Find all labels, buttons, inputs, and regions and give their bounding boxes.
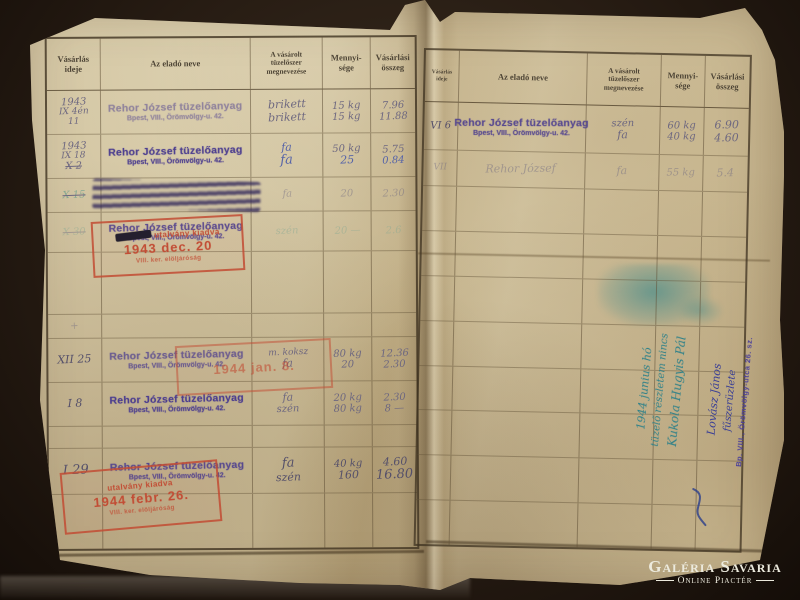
handwriting: VI 6 xyxy=(430,120,451,131)
handwriting: fa xyxy=(282,391,293,404)
handwriting: 55 kg xyxy=(667,167,696,178)
cell-fuel xyxy=(583,234,658,279)
handwriting: 15 kg xyxy=(332,110,361,122)
cell-amount: 6.90 4.60 xyxy=(704,108,749,156)
handwriting: I 8 xyxy=(67,398,82,411)
cell-amount xyxy=(372,313,416,336)
header-date: Vásárlás ideje xyxy=(425,50,460,102)
ledger-row xyxy=(421,231,746,283)
cell-date: 1943 IX 4én 11 xyxy=(47,91,101,134)
cell-quantity: 20 xyxy=(323,177,371,210)
handwriting: szén xyxy=(276,225,299,237)
cell-fuel: fa fa xyxy=(251,134,323,177)
handwriting: fa xyxy=(282,457,295,472)
watermark-dash xyxy=(656,580,674,581)
cell-date xyxy=(422,186,457,231)
cell-date: + xyxy=(48,315,102,338)
ledger-row: VI 6 Rehor József tüzelőanyag Bpest, VII… xyxy=(424,102,749,157)
handwriting: 8 — xyxy=(385,402,405,414)
cell-fuel: fa szén xyxy=(253,448,325,493)
handwriting: Rehor József xyxy=(486,163,556,176)
ledger-row xyxy=(422,186,747,238)
header-amount: Vásárlási összeg xyxy=(705,56,750,108)
cell-quantity: 50 kg 25 xyxy=(323,133,371,176)
handwriting: 16.80 xyxy=(376,468,414,484)
header-seller: Az eladó neve xyxy=(459,51,588,105)
seller-stamp: Rehor József tüzelőanyag Bpest, VIII., Ö… xyxy=(455,118,589,138)
handwriting: fa xyxy=(282,189,292,200)
handwriting: 2.30 xyxy=(383,358,406,370)
cell-amount: 5.75 0.84 xyxy=(371,133,415,176)
cell-amount xyxy=(373,425,417,446)
seller-stamp: Rehor József tüzelőanyag Bpest, VIII., Ö… xyxy=(108,101,243,123)
cell-amount: 12.36 2.30 xyxy=(372,337,416,380)
cell-quantity: 55 kg xyxy=(659,155,704,191)
handwriting: fa xyxy=(280,154,293,169)
cell-seller: Rehor József tüzelőanyag Bpest, VIII., Ö… xyxy=(101,90,251,134)
handwriting: 20 — xyxy=(334,225,360,237)
header-date: Vásárlás ideje xyxy=(47,39,101,90)
cell-seller xyxy=(103,426,253,448)
cell-amount: 2.30 xyxy=(371,177,415,210)
header-row: Vásárlás ideje Az eladó neve A vásárolt … xyxy=(425,50,750,109)
cell-quantity xyxy=(325,425,373,446)
cell-amount: 4.60 16.80 xyxy=(373,447,417,492)
handwriting: XII 25 xyxy=(58,354,92,367)
photo-scene: Vásárlás ideje Az eladó neve A vásárolt … xyxy=(0,0,800,600)
handwriting: 6.90 xyxy=(714,120,739,132)
header-fuel: A vásárolt tüzelőszer megnevezése xyxy=(251,38,323,89)
cell-quantity xyxy=(325,493,373,547)
cell-date: 1943 IX 18 X 2 xyxy=(47,135,101,178)
cell-fuel xyxy=(578,503,653,548)
cell-seller xyxy=(452,366,581,413)
header-amount: Vásárlási összeg xyxy=(371,37,415,88)
handwriting: 5.75 xyxy=(382,143,405,155)
document-paper: Vásárlás ideje Az eladó neve A vásárolt … xyxy=(18,0,784,598)
ledger-row: X 15 fa 20 2.30 xyxy=(47,177,415,213)
cell-fuel: brikett brikett xyxy=(251,90,323,133)
cell-quantity xyxy=(658,191,703,236)
header-quantity: Mennyi- sége xyxy=(661,55,706,107)
cell-amount: 5.4 xyxy=(703,156,748,192)
handwriting: X 15 xyxy=(62,189,85,201)
handwriting: szén xyxy=(277,403,300,415)
handwriting: fa xyxy=(617,129,628,141)
ledger-row: 1943 IX 18 X 2 Rehor József tüzelőanyag … xyxy=(47,133,415,179)
ledger-row: + xyxy=(48,313,416,339)
cell-quantity: 40 kg 160 xyxy=(325,447,373,492)
handwriting: 60 kg xyxy=(668,120,697,131)
handwriting: 40 kg xyxy=(667,131,696,142)
cell-seller xyxy=(450,501,579,548)
handwriting: X 2 xyxy=(65,161,82,173)
cell-seller: Rehor József tüzelőanyag Bpest, VIII., Ö… xyxy=(101,134,251,178)
seller-stamp: Rehor József tüzelőanyag Bpest, VIII., Ö… xyxy=(108,145,243,167)
handwriting: 80 kg xyxy=(333,347,362,359)
cell-quantity xyxy=(657,236,702,281)
cell-amount xyxy=(373,493,417,547)
handwriting: 12.36 xyxy=(380,347,409,359)
cell-quantity xyxy=(324,251,372,312)
cell-fuel xyxy=(252,314,324,337)
cell-seller xyxy=(102,314,252,338)
handwriting: 11.88 xyxy=(379,110,408,122)
smudged-stamp xyxy=(92,178,261,212)
handwriting: fa xyxy=(617,166,628,178)
watermark-subtitle: Online Piactér xyxy=(678,576,753,586)
handwriting: 25 xyxy=(340,154,354,167)
cell-fuel xyxy=(253,494,325,548)
cell-seller xyxy=(451,456,580,503)
handwriting: 2.30 xyxy=(382,188,405,200)
red-date-stamp-1944-jan: 1944 jan. 8. xyxy=(175,338,333,396)
cell-date xyxy=(421,231,456,276)
handwriting: 2.30 xyxy=(383,391,406,403)
cell-quantity: 15 kg 15 kg xyxy=(323,89,371,132)
cell-seller xyxy=(456,187,585,234)
cell-fuel xyxy=(584,189,659,234)
cell-date xyxy=(419,321,454,366)
cell-amount: 2.30 8 — xyxy=(372,381,416,424)
handwriting: brikett xyxy=(267,110,305,124)
header-seller: Az eladó neve xyxy=(101,38,251,90)
cell-quantity: 20 — xyxy=(324,211,372,250)
cell-fuel: fa xyxy=(251,178,323,211)
cell-date xyxy=(49,427,103,448)
header-fuel: A vásárolt tüzelőszer megnevezése xyxy=(587,53,662,106)
handwriting: 0.84 xyxy=(382,154,405,166)
handwriting: + xyxy=(70,321,79,332)
handwriting: 20 xyxy=(340,188,353,200)
header-row: Vásárlás ideje Az eladó neve A vásárolt … xyxy=(47,37,415,91)
handwriting: 20 xyxy=(341,359,354,371)
cell-date xyxy=(420,276,455,321)
cell-amount xyxy=(702,192,747,237)
handwriting: 20 kg xyxy=(334,391,363,403)
header-quantity: Mennyi- sége xyxy=(323,37,371,88)
cell-fuel xyxy=(252,252,324,313)
handwriting: 15 kg xyxy=(332,99,361,111)
handwriting: 160 xyxy=(338,469,359,482)
cell-fuel: fa xyxy=(585,153,660,190)
watermark-dash xyxy=(756,580,774,581)
ledger-row xyxy=(49,425,417,449)
cell-amount xyxy=(372,251,416,312)
handwriting: 11 xyxy=(68,118,80,128)
cell-seller xyxy=(455,232,584,279)
handwriting: 80 kg xyxy=(334,402,363,414)
cell-seller xyxy=(454,276,583,323)
handwriting: VII xyxy=(433,163,447,173)
handwriting: 2.6 xyxy=(386,225,402,237)
cell-amount xyxy=(701,237,746,282)
cell-date: VII xyxy=(423,150,458,186)
cell-seller xyxy=(453,321,582,368)
cell-amount: 7.96 11.88 xyxy=(371,89,415,132)
address-stamp: Bp. VIII., Örömvölgy-utca 26. sz. xyxy=(734,336,754,467)
handwriting: szén xyxy=(276,471,302,484)
handwriting: 4.60 xyxy=(714,132,739,144)
cell-date: I 8 xyxy=(48,383,102,426)
cell-amount: 2.6 xyxy=(372,211,416,250)
cell-seller: Rehor József xyxy=(457,151,586,189)
blue-ink-mark xyxy=(683,484,714,527)
handwriting: 7.96 xyxy=(382,99,405,111)
cell-seller xyxy=(101,178,251,212)
cell-fuel: szén fa xyxy=(586,105,661,154)
handwriting: 5.4 xyxy=(717,168,735,180)
cell-seller: Rehor József tüzelőanyag Bpest, VIII., Ö… xyxy=(458,103,587,153)
cell-fuel: szén xyxy=(252,212,324,251)
cell-date xyxy=(417,410,452,455)
handwriting: X 30 xyxy=(62,226,85,238)
blue-note: Lovász János fűszerüzlete Bp. VIII., Örö… xyxy=(678,300,778,500)
cell-seller xyxy=(451,411,580,458)
cell-fuel xyxy=(253,426,325,447)
watermark: Galéria Savaria Online Piactér xyxy=(636,558,794,586)
red-date-stamp-1943: utalvány kiadva 1943 dec. 20 VIII. ker. … xyxy=(91,214,246,278)
watermark-title: Galéria Savaria xyxy=(636,558,794,576)
handwriting: Lovász János xyxy=(704,362,723,435)
cell-date xyxy=(417,455,452,500)
cell-date: XII 25 xyxy=(48,339,102,382)
handwriting: fűszerüzlete xyxy=(722,369,738,432)
ledger-row: 1943 IX 4én 11 Rehor József tüzelőanyag … xyxy=(47,89,415,135)
cell-quantity xyxy=(324,313,372,336)
cell-quantity: 60 kg 40 kg xyxy=(660,107,705,155)
cell-date xyxy=(418,365,453,410)
cell-date xyxy=(416,500,451,545)
bottom-crease-left xyxy=(26,550,424,557)
